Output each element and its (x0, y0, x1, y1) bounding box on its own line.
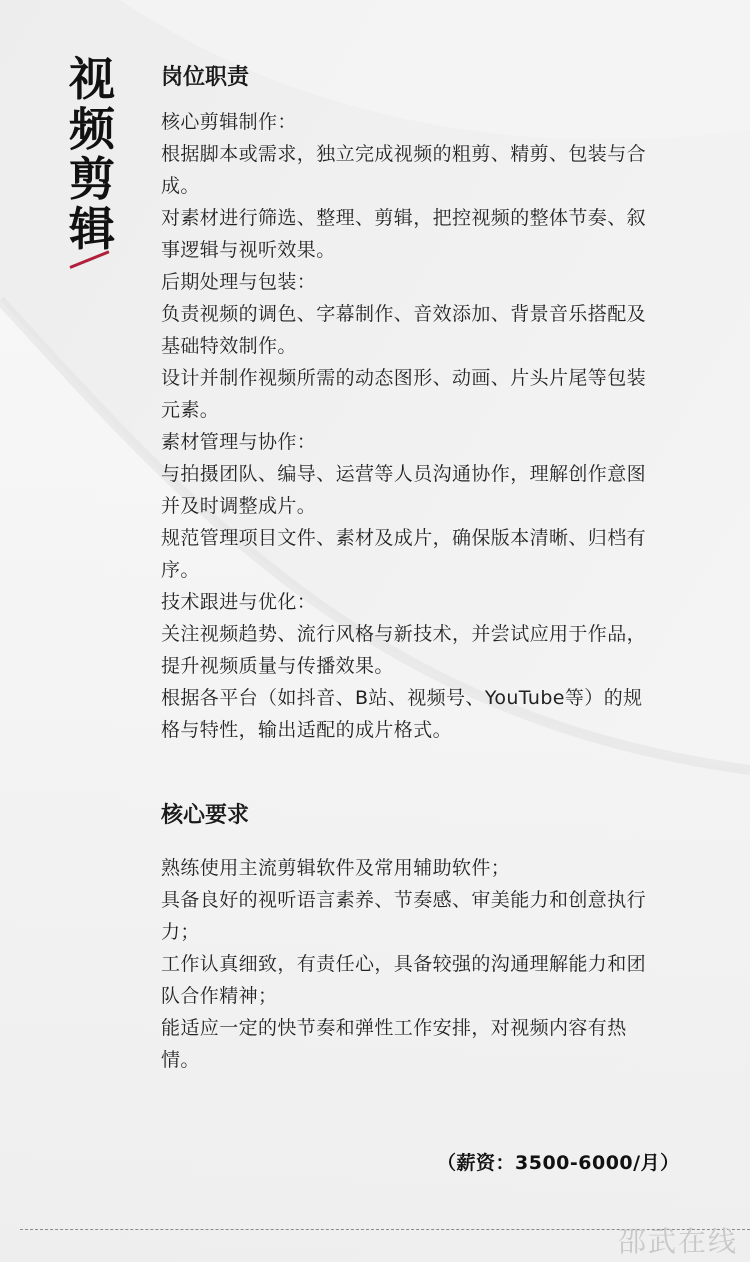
requirements-heading: 核心要求 (161, 800, 696, 832)
watermark: 邵武在线 (618, 1220, 738, 1260)
title-char: 辑 (64, 204, 120, 254)
requirements-list: 熟练使用主流剪辑软件及常用辅助软件； 具备良好的视听语言素养、节奏感、审美能力和… (161, 852, 696, 1076)
vertical-job-title: 视 频 剪 辑 (64, 54, 120, 254)
requirement-line: 情。 (161, 1044, 696, 1076)
duty-line: 设计并制作视频所需的动态图形、动画、片头片尾等包装 (161, 362, 696, 394)
duty-line: 后期处理与包装： (161, 266, 696, 298)
duty-line: 根据各平台（如抖音、B站、视频号、YouTube等）的规 (161, 682, 696, 714)
duties-list: 核心剪辑制作： 根据脚本或需求，独立完成视频的粗剪、精剪、包装与合 成。 对素材… (161, 106, 696, 746)
duty-line: 并及时调整成片。 (161, 490, 696, 522)
requirement-line: 工作认真细致，有责任心，具备较强的沟通理解能力和团 (161, 948, 696, 980)
title-char: 频 (64, 104, 120, 154)
duty-line: 负责视频的调色、字幕制作、音效添加、背景音乐搭配及 (161, 298, 696, 330)
salary-range: （薪资：3500-6000/月） (437, 1148, 680, 1175)
duty-line: 与拍摄团队、编导、运营等人员沟通协作，理解创作意图 (161, 458, 696, 490)
duty-line: 技术跟进与优化： (161, 586, 696, 618)
duty-line: 序。 (161, 554, 696, 586)
duty-line: 元素。 (161, 394, 696, 426)
duty-line: 提升视频质量与传播效果。 (161, 650, 696, 682)
title-char: 剪 (64, 154, 120, 204)
duty-line: 事逻辑与视听效果。 (161, 234, 696, 266)
requirement-line: 力； (161, 916, 696, 948)
duty-line: 对素材进行筛选、整理、剪辑，把控视频的整体节奏、叙 (161, 202, 696, 234)
duty-line: 关注视频趋势、流行风格与新技术，并尝试应用于作品， (161, 618, 696, 650)
duty-line: 核心剪辑制作： (161, 106, 696, 138)
duty-line: 成。 (161, 170, 696, 202)
duties-heading: 岗位职责 (161, 62, 696, 94)
duty-line: 基础特效制作。 (161, 330, 696, 362)
requirement-line: 具备良好的视听语言素养、节奏感、审美能力和创意执行 (161, 884, 696, 916)
job-description: 岗位职责 核心剪辑制作： 根据脚本或需求，独立完成视频的粗剪、精剪、包装与合 成… (161, 62, 696, 1076)
duty-line: 素材管理与协作： (161, 426, 696, 458)
title-char: 视 (64, 54, 120, 104)
duty-line: 规范管理项目文件、素材及成片，确保版本清晰、归档有 (161, 522, 696, 554)
requirement-line: 队合作精神； (161, 980, 696, 1012)
requirement-line: 熟练使用主流剪辑软件及常用辅助软件； (161, 852, 696, 884)
duty-line: 格与特性，输出适配的成片格式。 (161, 714, 696, 746)
requirement-line: 能适应一定的快节奏和弹性工作安排，对视频内容有热 (161, 1012, 696, 1044)
duty-line: 根据脚本或需求，独立完成视频的粗剪、精剪、包装与合 (161, 138, 696, 170)
